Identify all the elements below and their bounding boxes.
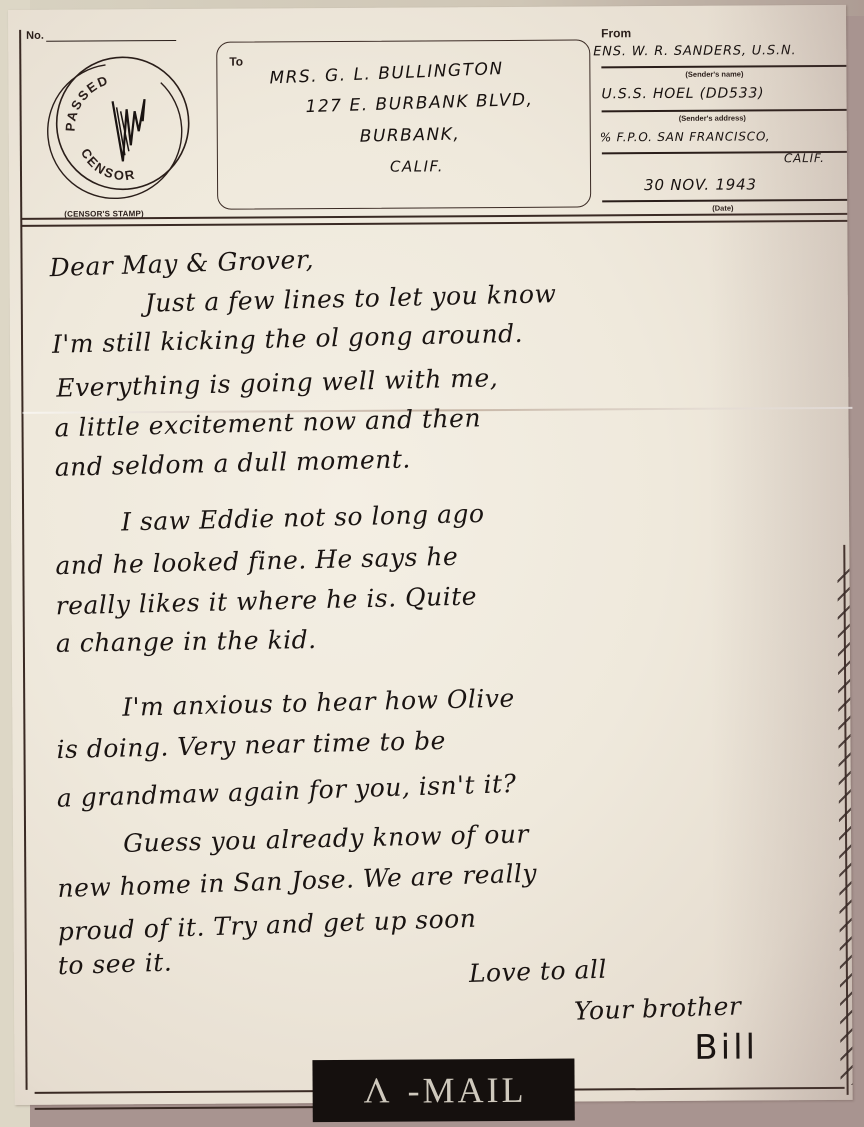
- letter-line: Guess you already know of our: [123, 819, 529, 858]
- censor-stamp-icon: PASSED CENSOR: [44, 51, 193, 202]
- letter-line: and seldom a dull moment.: [54, 444, 411, 481]
- signature: Bill: [694, 1027, 758, 1067]
- date-caption: (Date): [712, 204, 733, 213]
- right-hatch-marks: [837, 565, 852, 1085]
- letter-line: a grandmaw again for you, isn't it?: [56, 769, 516, 813]
- letter-line: to see it.: [57, 948, 172, 981]
- vmail-letter-sheet: No. PASSED CENSOR (CENSOR'S STAMP) To Mr…: [8, 5, 853, 1105]
- vmail-logo: V -MAIL: [312, 1059, 574, 1123]
- recipient-name: Mrs. G. L. Bullington: [269, 59, 504, 89]
- letter-line: Everything is going well with me,: [56, 363, 498, 402]
- recipient-street: 127 E. Burbank Blvd,: [305, 90, 533, 117]
- from-label: From: [601, 26, 631, 40]
- closing-relation: Your brother: [574, 991, 742, 1025]
- left-border-line: [19, 30, 27, 1090]
- sender-name-line: [601, 65, 846, 68]
- sender-name-caption: (Sender's name): [685, 70, 743, 79]
- sender-address-ship: U.S.S. Hoel (DD533): [601, 85, 764, 102]
- scan-background: No. PASSED CENSOR (CENSOR'S STAMP) To Mr…: [0, 0, 864, 1127]
- letter-line: proud of it. Try and get up soon: [57, 904, 476, 947]
- letter-line: new home in San Jose. We are really: [57, 859, 538, 903]
- number-label: No.: [26, 30, 44, 42]
- letter-line: I'm still kicking the ol gong around.: [52, 319, 524, 359]
- vmail-logo-v: V: [360, 1070, 389, 1112]
- letter-line: is doing. Very near time to be: [56, 726, 446, 764]
- recipient-address-box: To Mrs. G. L. Bullington 127 E. Burbank …: [216, 39, 591, 209]
- letter-line: a little excitement now and then: [54, 403, 481, 442]
- footer-rule-bottom: [35, 1106, 315, 1110]
- vmail-logo-text: -MAIL: [407, 1069, 526, 1112]
- sender-name: Ens. W. R. Sanders, U.S.N.: [593, 43, 796, 59]
- letter-line: a change in the kid.: [56, 625, 317, 658]
- date-line: [602, 199, 847, 202]
- letter-date: 30 Nov. 1943: [644, 175, 757, 194]
- letter-line: I'm anxious to hear how Olive: [122, 683, 515, 721]
- letter-line: really likes it where he is. Quite: [55, 581, 477, 620]
- letter-line: Just a few lines to let you know: [144, 279, 556, 318]
- sender-address-fpo: % F.P.O. San Francisco,: [600, 129, 771, 144]
- closing: Love to all: [468, 955, 607, 988]
- letter-line: I saw Eddie not so long ago: [121, 499, 485, 537]
- number-field: No.: [26, 29, 176, 42]
- recipient-state: Calif.: [390, 157, 444, 175]
- number-blank-line: [46, 31, 176, 42]
- sender-block: From Ens. W. R. Sanders, U.S.N. (Sender'…: [593, 23, 849, 225]
- salutation: Dear May & Grover,: [49, 245, 314, 283]
- recipient-city: Burbank,: [360, 124, 461, 146]
- sender-address-state: Calif.: [784, 151, 825, 165]
- sender-address-line: [602, 109, 847, 112]
- to-label: To: [229, 55, 243, 69]
- letter-line: and he looked fine. He says he: [55, 542, 458, 580]
- letter-body: Dear May & Grover, Just a few lines to l…: [49, 245, 839, 250]
- sender-address-caption: (Sender's address): [679, 113, 746, 122]
